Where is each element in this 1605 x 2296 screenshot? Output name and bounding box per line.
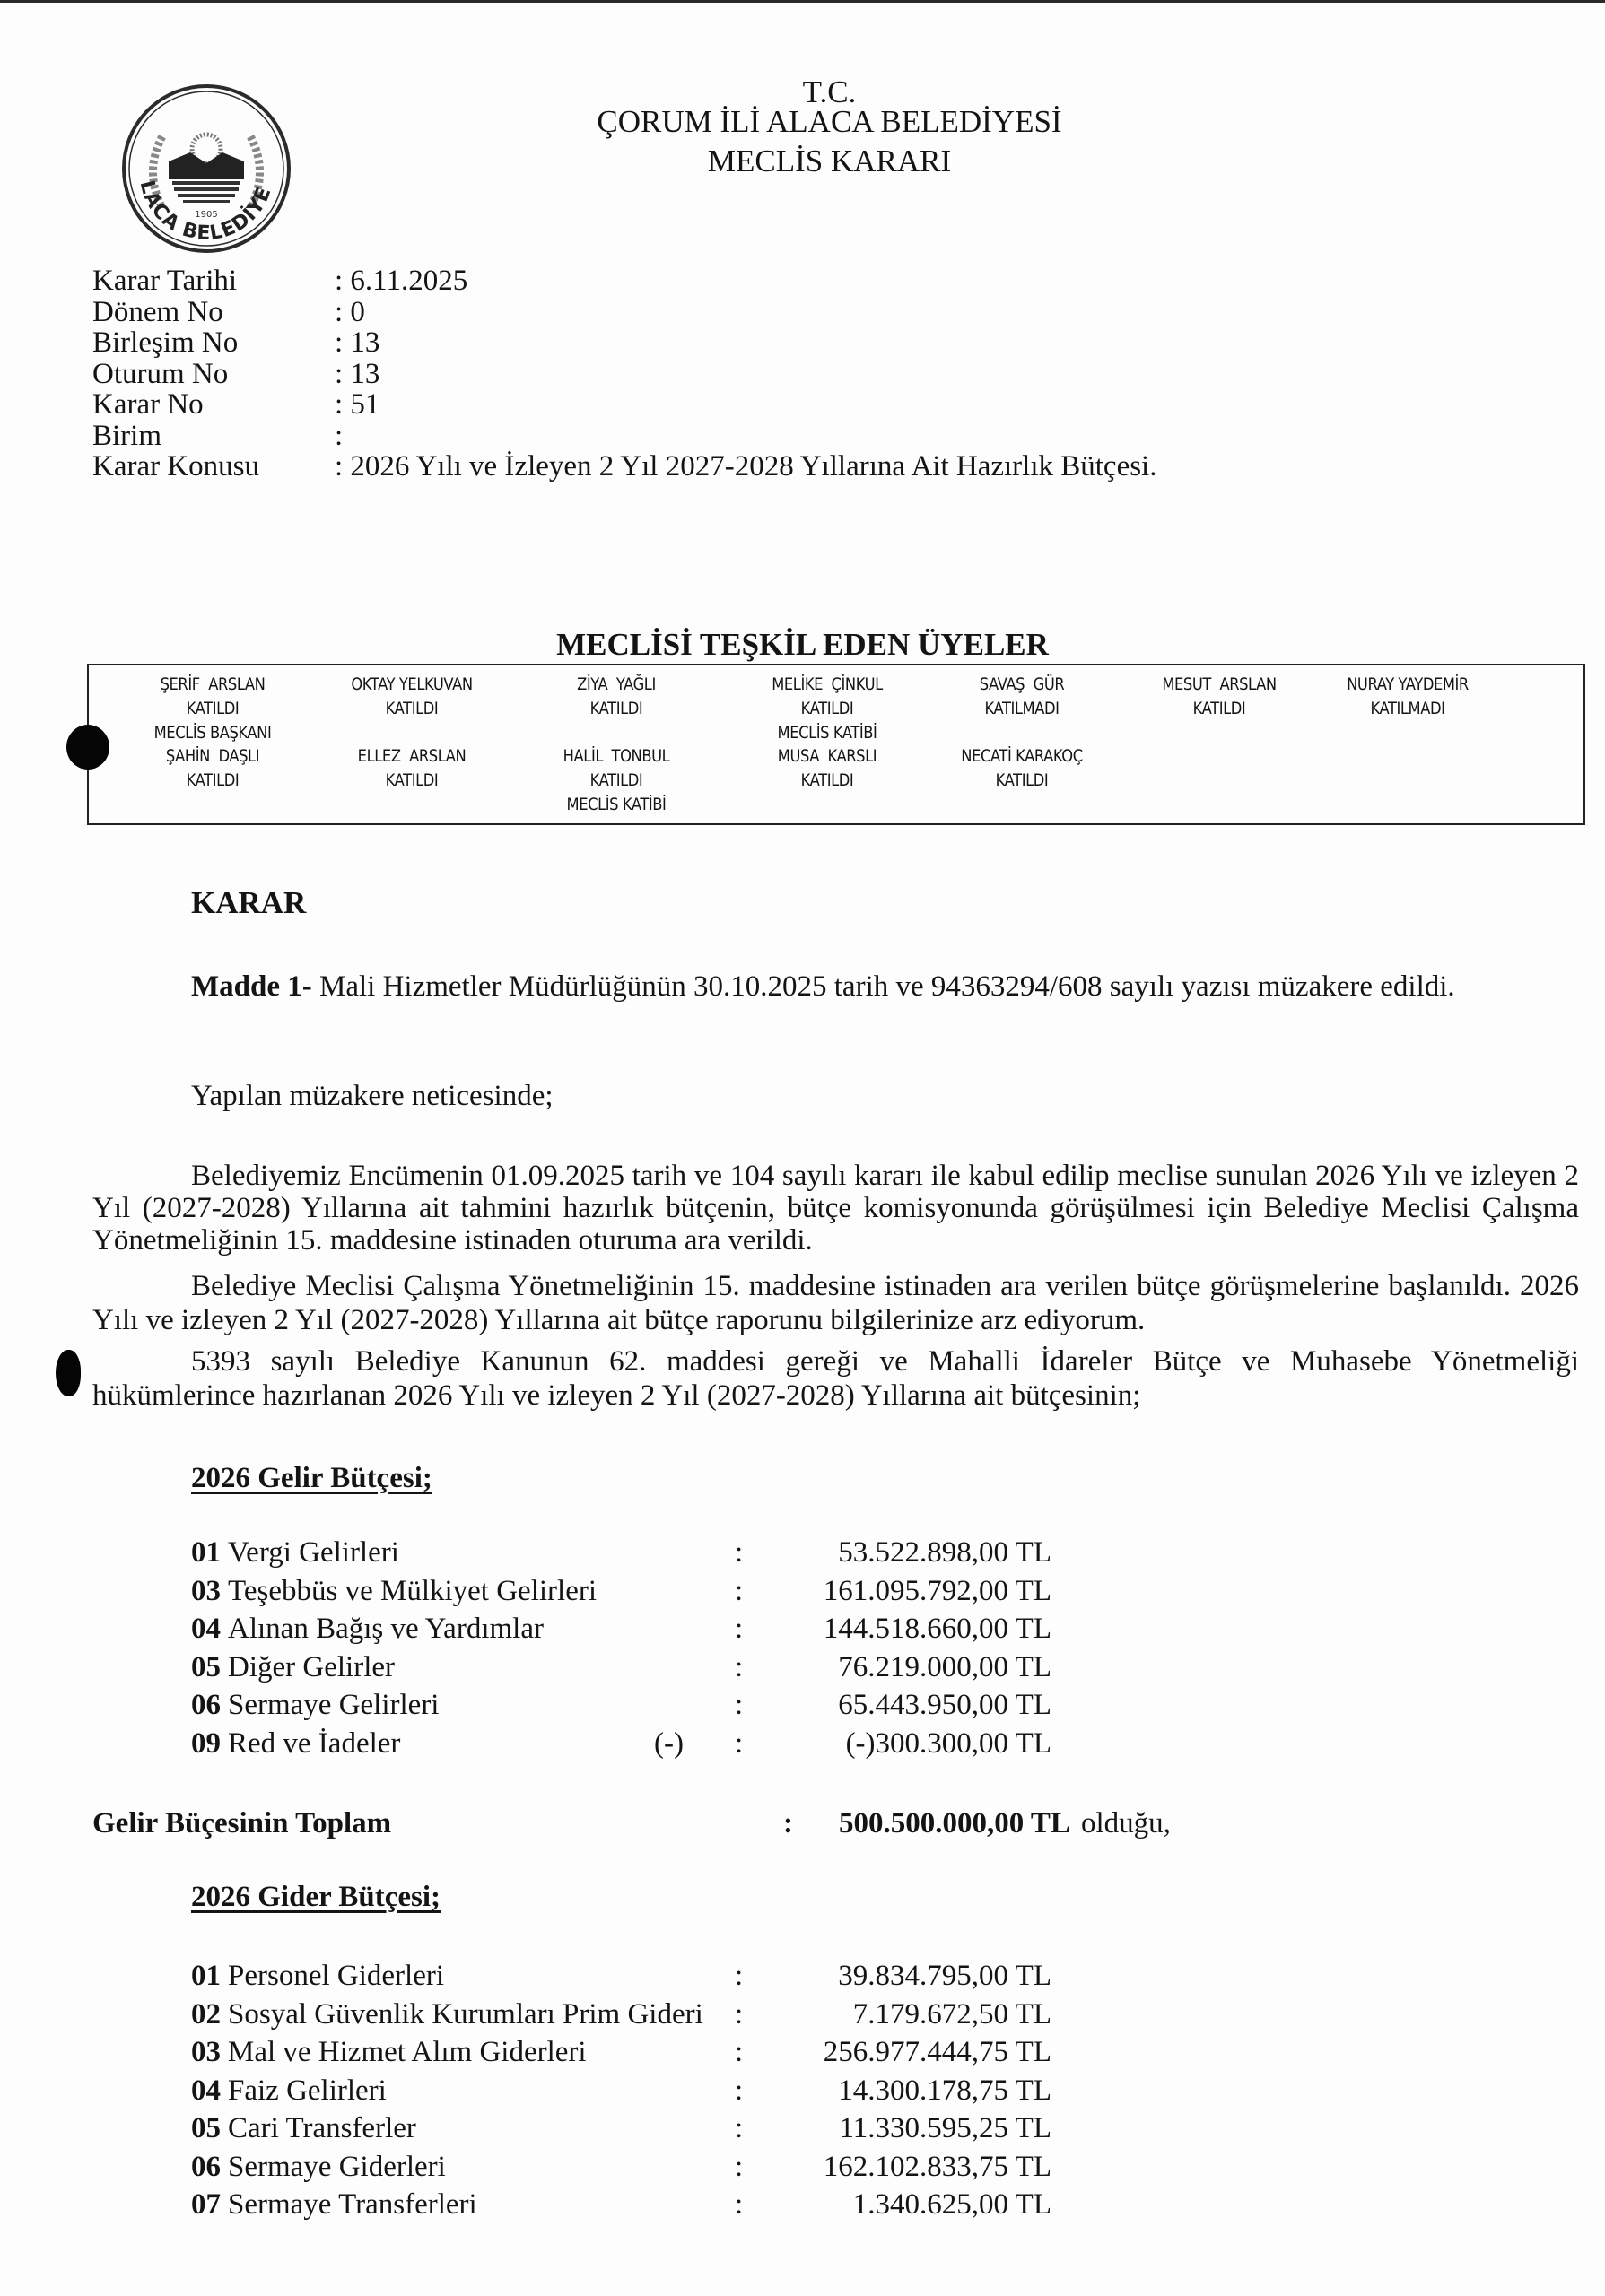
budget-code: 02: [191, 1996, 221, 2034]
income-total-label: Gelir Büçesinin Toplam: [92, 1805, 783, 1841]
income-budget-row: 05Diğer Gelirler:76.219.000,00 TL: [191, 1648, 1051, 1687]
expense-budget-row: 04Faiz Gelirleri:14.300.178,75 TL: [191, 2072, 1051, 2110]
income-budget-row: 03Teşebbüs ve Mülkiyet Gelirleri:161.095…: [191, 1572, 1051, 1611]
svg-text:1905: 1905: [195, 210, 217, 220]
budget-code: 03: [191, 2033, 221, 2072]
budget-item-name: Sermaye Giderleri: [228, 2148, 735, 2187]
meta-label: Karar No: [92, 389, 335, 421]
member-name: ELLEZ ARSLAN: [319, 744, 504, 769]
budget-colon: :: [735, 1725, 762, 1763]
budget-amount: 162.102.833,75 TL: [762, 2148, 1051, 2187]
budget-code: 04: [191, 1610, 221, 1648]
members-title: MECLİSİ TEŞKİL EDEN ÜYELER: [0, 628, 1605, 662]
expense-budget-row: 03Mal ve Hizmet Alım Giderleri:256.977.4…: [191, 2033, 1051, 2072]
member-entry: NURAY YAYDEMİRKATILMADI: [1315, 673, 1500, 721]
meta-value: : 13: [335, 327, 379, 359]
income-budget-table: 01Vergi Gelirleri:53.522.898,00 TL03Teşe…: [191, 1534, 1051, 1762]
budget-colon: :: [735, 2186, 762, 2224]
budget-amount: 14.300.178,75 TL: [762, 2072, 1051, 2110]
budget-amount: 11.330.595,25 TL: [762, 2109, 1051, 2148]
meta-row-karar-no: Karar No: 51: [92, 389, 1156, 421]
income-total-amount: 500.500.000,00 TL: [839, 1805, 1070, 1841]
member-name: SAVAŞ GÜR: [929, 673, 1114, 697]
meta-value: : 0: [335, 297, 365, 328]
member-status: KATILDI: [319, 769, 504, 793]
budget-minus-marker: [654, 1534, 735, 1572]
paragraph-4: 5393 sayılı Belediye Kanunun 62. maddesi…: [92, 1344, 1579, 1413]
budget-colon: :: [735, 2072, 762, 2110]
budget-colon: :: [735, 1572, 762, 1611]
page-edge: [0, 0, 1605, 3]
meta-row-karar-tarihi: Karar Tarihi: 6.11.2025: [92, 265, 1156, 297]
member-status: KATILDI: [735, 769, 920, 793]
expense-budget-row: 02Sosyal Güvenlik Kurumları Prim Gideri:…: [191, 1996, 1051, 2034]
meta-row-birim: Birim:: [92, 421, 1156, 452]
punch-hole-icon: [56, 1350, 81, 1396]
meta-label: Birleşim No: [92, 327, 335, 359]
expense-budget-heading: 2026 Gider Bütçesi;: [191, 1881, 441, 1914]
budget-item-name: Teşebbüs ve Mülkiyet Gelirleri: [228, 1572, 654, 1611]
budget-code: 01: [191, 1534, 221, 1572]
budget-amount: 39.834.795,00 TL: [762, 1957, 1051, 1996]
expense-budget-row: 07Sermaye Transferleri:1.340.625,00 TL: [191, 2186, 1051, 2224]
member-name: MESUT ARSLAN: [1127, 673, 1312, 697]
expense-budget-row: 06Sermaye Giderleri:162.102.833,75 TL: [191, 2148, 1051, 2187]
budget-code: 05: [191, 1648, 221, 1687]
meta-row-oturum-no: Oturum No: 13: [92, 359, 1156, 390]
budget-minus-marker: (-): [654, 1725, 735, 1763]
member-status: KATILDI: [120, 769, 305, 793]
member-status: KATILMADI: [929, 697, 1114, 721]
header-doc-type: MECLİS KARARI: [0, 145, 1605, 177]
budget-colon: :: [735, 2148, 762, 2187]
member-entry: ŞERİF ARSLANKATILDIMECLİS BAŞKANI: [120, 673, 305, 745]
member-name: MUSA KARSLI: [735, 744, 920, 769]
budget-item-name: Alınan Bağış ve Yardımlar: [228, 1610, 654, 1648]
member-status: KATILDI: [524, 769, 709, 793]
budget-code: 06: [191, 1686, 221, 1725]
budget-colon: :: [735, 2109, 762, 2148]
budget-minus-marker: [654, 1686, 735, 1725]
budget-colon: :: [735, 2033, 762, 2072]
member-role: MECLİS KATİBİ: [524, 793, 709, 817]
member-entry: HALİL TONBULKATILDIMECLİS KATİBİ: [524, 744, 709, 817]
income-total-row: Gelir Büçesinin Toplam : 500.500.000,00 …: [92, 1805, 1171, 1841]
budget-item-name: Sermaye Gelirleri: [228, 1686, 654, 1725]
budget-amount: 161.095.792,00 TL: [762, 1572, 1051, 1611]
member-entry: SAVAŞ GÜRKATILMADI: [929, 673, 1114, 721]
member-name: HALİL TONBUL: [524, 744, 709, 769]
budget-colon: :: [735, 1957, 762, 1996]
meta-value: : 51: [335, 389, 379, 421]
member-status: KATILDI: [319, 697, 504, 721]
budget-code: 09: [191, 1725, 221, 1763]
member-name: ŞERİF ARSLAN: [120, 673, 305, 697]
budget-item-name: Faiz Gelirleri: [228, 2072, 735, 2110]
income-budget-row: 01Vergi Gelirleri:53.522.898,00 TL: [191, 1534, 1051, 1572]
paragraph-1: Yapılan müzakere neticesinde;: [92, 1081, 1579, 1111]
budget-colon: :: [735, 1648, 762, 1687]
meta-value: : 13: [335, 359, 379, 390]
budget-item-name: Diğer Gelirler: [228, 1648, 654, 1687]
budget-minus-marker: [654, 1610, 735, 1648]
member-entry: ZİYA YAĞLIKATILDI: [524, 673, 709, 721]
member-role: MECLİS BAŞKANI: [120, 721, 305, 745]
expense-budget-row: 05Cari Transferler:11.330.595,25 TL: [191, 2109, 1051, 2148]
income-budget-heading: 2026 Gelir Bütçesi;: [191, 1462, 432, 1495]
budget-amount: 76.219.000,00 TL: [762, 1648, 1051, 1687]
budget-code: 07: [191, 2186, 221, 2224]
meta-value: : 6.11.2025: [335, 265, 467, 297]
expense-budget-table: 01Personel Giderleri:39.834.795,00 TL02S…: [191, 1957, 1051, 2224]
punch-hole-icon: [66, 725, 109, 770]
decision-heading: KARAR: [191, 888, 306, 918]
income-total-suffix: olduğu,: [1081, 1805, 1171, 1841]
budget-code: 01: [191, 1957, 221, 1996]
member-role: MECLİS KATİBİ: [735, 721, 920, 745]
budget-colon: :: [735, 1610, 762, 1648]
member-status: KATILDI: [735, 697, 920, 721]
meta-value: :: [335, 421, 343, 452]
meta-label: Oturum No: [92, 359, 335, 390]
meta-row-donem-no: Dönem No: 0: [92, 297, 1156, 328]
budget-minus-marker: [654, 1648, 735, 1687]
budget-code: 04: [191, 2072, 221, 2110]
budget-minus-marker: [654, 1572, 735, 1611]
budget-amount: (-)300.300,00 TL: [762, 1725, 1051, 1763]
meta-label: Dönem No: [92, 297, 335, 328]
meta-label: Karar Tarihi: [92, 265, 335, 297]
budget-amount: 65.443.950,00 TL: [762, 1686, 1051, 1725]
member-name: ZİYA YAĞLI: [524, 673, 709, 697]
member-name: ŞAHİN DAŞLI: [120, 744, 305, 769]
member-status: KATILMADI: [1315, 697, 1500, 721]
meta-label: Karar Konusu: [92, 451, 335, 483]
budget-item-name: Cari Transferler: [228, 2109, 735, 2148]
budget-item-name: Mal ve Hizmet Alım Giderleri: [228, 2033, 735, 2072]
budget-colon: :: [735, 1996, 762, 2034]
budget-amount: 7.179.672,50 TL: [762, 1996, 1051, 2034]
budget-code: 05: [191, 2109, 221, 2148]
expense-budget-row: 01Personel Giderleri:39.834.795,00 TL: [191, 1957, 1051, 1996]
budget-amount: 53.522.898,00 TL: [762, 1534, 1051, 1572]
member-name: MELİKE ÇİNKUL: [735, 673, 920, 697]
income-budget-row: 09Red ve İadeler(-):(-)300.300,00 TL: [191, 1725, 1051, 1763]
budget-item-name: Vergi Gelirleri: [228, 1534, 654, 1572]
budget-code: 03: [191, 1572, 221, 1611]
paragraph-2: Belediyemiz Encümenin 01.09.2025 tarih v…: [92, 1160, 1579, 1257]
income-total-colon: :: [783, 1805, 839, 1841]
member-name: OKTAY YELKUVAN: [319, 673, 504, 697]
meta-row-birlesim-no: Birleşim No: 13: [92, 327, 1156, 359]
meta-value: : 2026 Yılı ve İzleyen 2 Yıl 2027-2028 Y…: [335, 451, 1156, 483]
member-status: KATILDI: [929, 769, 1114, 793]
budget-item-name: Red ve İadeler: [228, 1725, 654, 1763]
paragraph-3: Belediye Meclisi Çalışma Yönetmeliğinin …: [92, 1269, 1579, 1337]
budget-item-name: Sosyal Güvenlik Kurumları Prim Gideri: [228, 1996, 735, 2034]
member-entry: MESUT ARSLANKATILDI: [1127, 673, 1312, 721]
budget-item-name: Sermaye Transferleri: [228, 2186, 735, 2224]
income-budget-row: 06Sermaye Gelirleri:65.443.950,00 TL: [191, 1686, 1051, 1725]
budget-code: 06: [191, 2148, 221, 2187]
member-name: NURAY YAYDEMİR: [1315, 673, 1500, 697]
budget-amount: 256.977.444,75 TL: [762, 2033, 1051, 2072]
madde-label: Madde 1-: [191, 970, 312, 1003]
madde-text: Mali Hizmetler Müdürlüğünün 30.10.2025 t…: [312, 970, 1455, 1003]
member-status: KATILDI: [524, 697, 709, 721]
member-entry: ELLEZ ARSLANKATILDI: [319, 744, 504, 793]
member-entry: OKTAY YELKUVANKATILDI: [319, 673, 504, 721]
madde-1-paragraph: Madde 1- Mali Hizmetler Müdürlüğünün 30.…: [92, 967, 1579, 1006]
income-budget-row: 04Alınan Bağış ve Yardımlar:144.518.660,…: [191, 1610, 1051, 1648]
budget-colon: :: [735, 1534, 762, 1572]
budget-amount: 1.340.625,00 TL: [762, 2186, 1051, 2224]
member-status: KATILDI: [120, 697, 305, 721]
header-municipality: ÇORUM İLİ ALACA BELEDİYESİ: [0, 106, 1605, 137]
budget-item-name: Personel Giderleri: [228, 1957, 735, 1996]
decision-meta: Karar Tarihi: 6.11.2025 Dönem No: 0 Birl…: [92, 265, 1156, 483]
member-entry: NECATİ KARAKOÇKATILDI: [929, 744, 1114, 793]
member-entry: MELİKE ÇİNKULKATILDIMECLİS KATİBİ: [735, 673, 920, 745]
budget-amount: 144.518.660,00 TL: [762, 1610, 1051, 1648]
budget-colon: :: [735, 1686, 762, 1725]
member-name: NECATİ KARAKOÇ: [929, 744, 1114, 769]
meta-row-karar-konusu: Karar Konusu: 2026 Yılı ve İzleyen 2 Yıl…: [92, 451, 1156, 483]
meta-label: Birim: [92, 421, 335, 452]
header-tc: T.C.: [0, 76, 1605, 108]
member-entry: ŞAHİN DAŞLIKATILDI: [120, 744, 305, 793]
member-status: KATILDI: [1127, 697, 1312, 721]
members-table: ŞERİF ARSLANKATILDIMECLİS BAŞKANIOKTAY Y…: [87, 664, 1585, 825]
member-entry: MUSA KARSLIKATILDI: [735, 744, 920, 793]
